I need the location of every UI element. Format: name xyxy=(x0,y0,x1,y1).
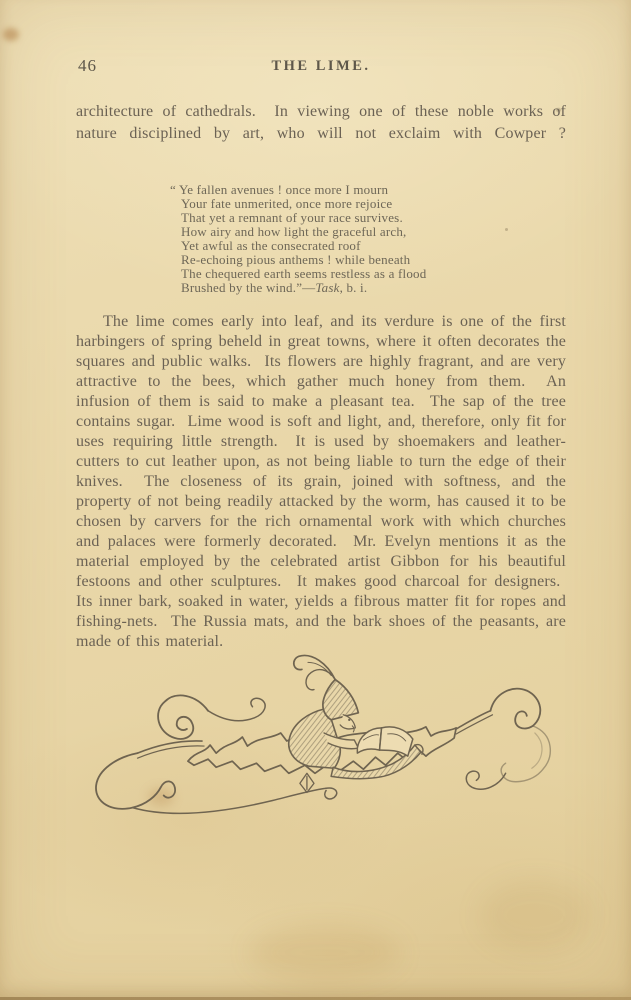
tailpiece-illustration xyxy=(0,648,631,838)
poem-line: How airy and how light the graceful arch… xyxy=(170,225,566,239)
poem-line: “ Ye fallen avenues ! once more I mourn xyxy=(170,183,566,197)
poem-quote: “ Ye fallen avenues ! once more I mournY… xyxy=(170,183,566,295)
elf-reading-engraving xyxy=(79,648,553,828)
poem-line: That yet a remnant of your race survives… xyxy=(170,211,566,225)
text-block: 46 THE LIME. architecture of cathedrals.… xyxy=(76,56,566,668)
poem-line: The chequered earth seems restless as a … xyxy=(170,267,566,281)
poem-line: Re-echoing pious anthems ! while beneath xyxy=(170,253,566,267)
poem-citation-rest: , b. i. xyxy=(340,280,368,295)
running-header: THE LIME. xyxy=(271,58,370,75)
page-number: 46 xyxy=(78,56,97,76)
poem-lines: “ Ye fallen avenues ! once more I mournY… xyxy=(170,183,566,281)
paper-stain xyxy=(250,925,400,980)
intro-paragraph: architecture of cathedrals. In viewing o… xyxy=(76,101,566,167)
paper-stain xyxy=(480,880,590,950)
poem-citation-title: Task xyxy=(315,280,339,295)
main-paragraph: The lime comes early into leaf, and its … xyxy=(76,312,566,652)
poem-last-line: Brushed by the wind.”—Task, b. i. xyxy=(170,281,566,295)
paper-stain xyxy=(3,28,19,41)
book-page: 46 THE LIME. architecture of cathedrals.… xyxy=(0,0,631,1000)
page-header: 46 THE LIME. xyxy=(76,56,566,80)
poem-line: Your fate unmerited, once more rejoice xyxy=(170,197,566,211)
poem-line: Yet awful as the consecrated roof xyxy=(170,239,566,253)
poem-last-line-text: Brushed by the wind.”— xyxy=(181,280,315,295)
